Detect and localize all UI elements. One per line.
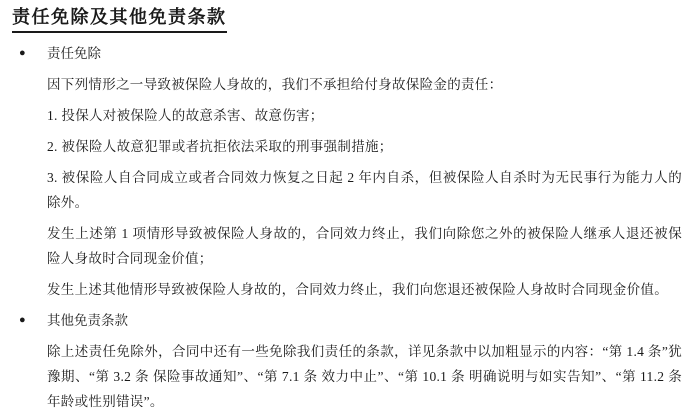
paragraph-refund-item1-case: 发生上述第 1 项情形导致被保险人身故的，合同效力终止，我们向除您之外的被保险人… — [47, 221, 682, 271]
paragraph-exemption-intro: 因下列情形之一导致被保险人身故的，我们不承担给付身故保险金的责任： — [47, 72, 682, 97]
list-item-1: 1. 投保人对被保险人的故意杀害、故意伤害； — [47, 103, 682, 128]
list-item-2: 2. 被保险人故意犯罪或者抗拒依法采取的刑事强制措施； — [47, 134, 682, 159]
bullet-icon: ● — [19, 41, 26, 66]
section-liability-exemption: ●责任免除 因下列情形之一导致被保险人身故的，我们不承担给付身故保险金的责任： … — [47, 41, 682, 302]
section-heading-other-exemptions: ●其他免责条款 — [47, 308, 682, 333]
section-heading-liability-exemption: ●责任免除 — [47, 41, 682, 66]
bullet-icon: ● — [19, 308, 26, 333]
section-other-exemptions: ●其他免责条款 除上述责任免除外，合同中还有一些免除我们责任的条款，详见条款中以… — [47, 308, 682, 410]
paragraph-refund-other-cases: 发生上述其他情形导致被保险人身故的，合同效力终止，我们向您退还被保险人身故时合同… — [47, 277, 682, 302]
paragraph-other-exemption-clauses: 除上述责任免除外，合同中还有一些免除我们责任的条款，详见条款中以加粗显示的内容：… — [47, 339, 682, 410]
list-item-3: 3. 被保险人自合同成立或者合同效力恢复之日起 2 年内自杀，但被保险人自杀时为… — [47, 165, 682, 215]
page-title: 责任免除及其他免责条款 — [12, 6, 227, 33]
document-page: 责任免除及其他免责条款 ●责任免除 因下列情形之一导致被保险人身故的，我们不承担… — [0, 0, 696, 410]
section-heading-text: 其他免责条款 — [47, 313, 128, 328]
section-heading-text: 责任免除 — [47, 46, 101, 61]
